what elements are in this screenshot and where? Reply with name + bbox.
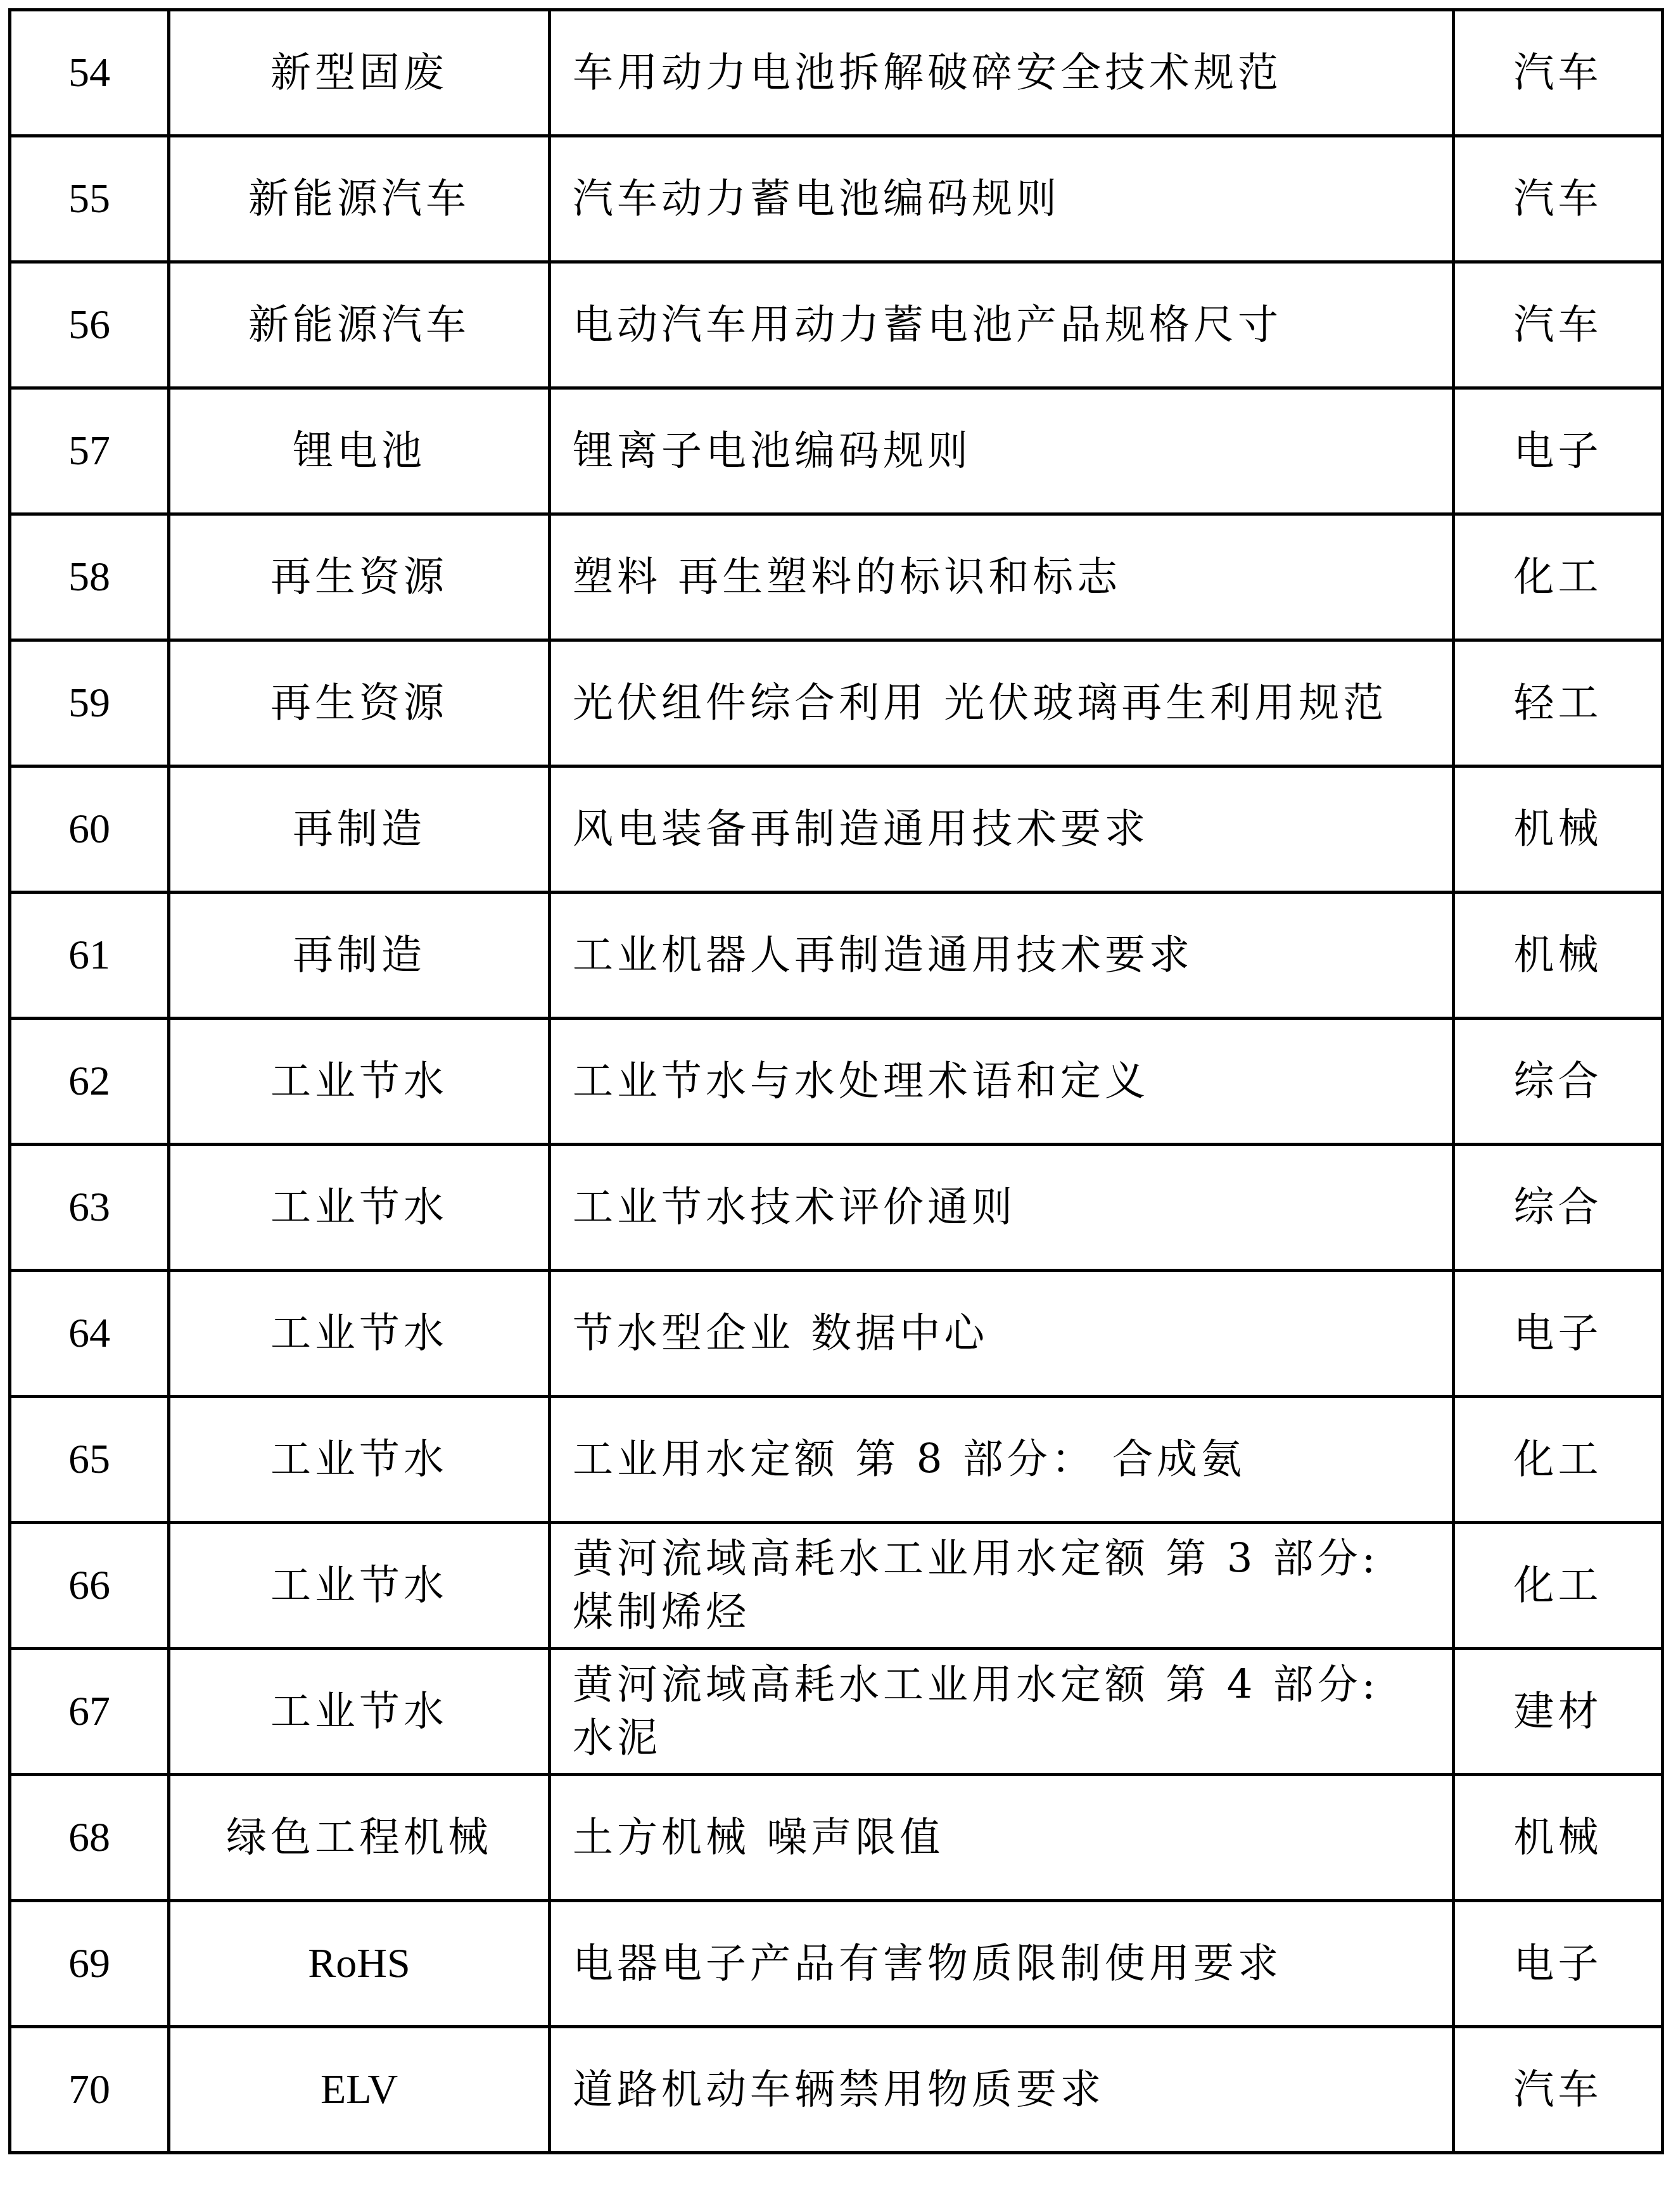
standards-table: 54 新型固废 车用动力电池拆解破碎安全技术规范 汽车 55 新能源汽车 汽车动… — [8, 8, 1664, 2154]
table-row: 60 再制造 风电装备再制造通用技术要求 机械 — [10, 766, 1663, 893]
table-row: 66 工业节水 黄河流域高耗水工业用水定额 第 3 部分: 煤制烯烃 化工 — [10, 1523, 1663, 1649]
row-industry: 轻工 — [1454, 640, 1663, 766]
standards-table-body: 54 新型固废 车用动力电池拆解破碎安全技术规范 汽车 55 新能源汽车 汽车动… — [10, 10, 1663, 2153]
row-number: 57 — [10, 388, 169, 514]
row-category: 工业节水 — [169, 1397, 550, 1523]
row-number: 65 — [10, 1397, 169, 1523]
row-category: 锂电池 — [169, 388, 550, 514]
row-industry: 电子 — [1454, 1901, 1663, 2027]
table-row: 62 工业节水 工业节水与水处理术语和定义 综合 — [10, 1019, 1663, 1145]
table-row: 64 工业节水 节水型企业 数据中心 电子 — [10, 1271, 1663, 1397]
row-standard-title: 塑料 再生塑料的标识和标志 — [550, 514, 1454, 640]
row-standard-title: 锂离子电池编码规则 — [550, 388, 1454, 514]
row-industry: 汽车 — [1454, 136, 1663, 262]
row-industry: 机械 — [1454, 893, 1663, 1019]
row-standard-title: 车用动力电池拆解破碎安全技术规范 — [550, 10, 1454, 136]
row-number: 70 — [10, 2027, 169, 2153]
row-standard-title: 土方机械 噪声限值 — [550, 1775, 1454, 1901]
table-row: 67 工业节水 黄河流域高耗水工业用水定额 第 4 部分: 水泥 建材 — [10, 1649, 1663, 1775]
row-industry: 电子 — [1454, 1271, 1663, 1397]
table-row: 69 RoHS 电器电子产品有害物质限制使用要求 电子 — [10, 1901, 1663, 2027]
row-category: 绿色工程机械 — [169, 1775, 550, 1901]
row-industry: 化工 — [1454, 514, 1663, 640]
row-standard-title: 道路机动车辆禁用物质要求 — [550, 2027, 1454, 2153]
row-number: 63 — [10, 1145, 169, 1271]
row-category: 新型固废 — [169, 10, 550, 136]
row-industry: 综合 — [1454, 1145, 1663, 1271]
row-number: 68 — [10, 1775, 169, 1901]
row-industry: 汽车 — [1454, 2027, 1663, 2153]
table-row: 65 工业节水 工业用水定额 第 8 部分： 合成氨 化工 — [10, 1397, 1663, 1523]
row-standard-title: 光伏组件综合利用 光伏玻璃再生利用规范 — [550, 640, 1454, 766]
row-industry: 综合 — [1454, 1019, 1663, 1145]
row-standard-title: 工业节水与水处理术语和定义 — [550, 1019, 1454, 1145]
table-row: 68 绿色工程机械 土方机械 噪声限值 机械 — [10, 1775, 1663, 1901]
row-category: 工业节水 — [169, 1271, 550, 1397]
row-standard-title: 黄河流域高耗水工业用水定额 第 3 部分: 煤制烯烃 — [550, 1523, 1454, 1649]
row-standard-title: 工业用水定额 第 8 部分： 合成氨 — [550, 1397, 1454, 1523]
row-category: 新能源汽车 — [169, 136, 550, 262]
table-row: 58 再生资源 塑料 再生塑料的标识和标志 化工 — [10, 514, 1663, 640]
row-number: 69 — [10, 1901, 169, 2027]
row-category: 再生资源 — [169, 514, 550, 640]
row-number: 54 — [10, 10, 169, 136]
row-standard-title: 电器电子产品有害物质限制使用要求 — [550, 1901, 1454, 2027]
row-standard-title: 工业机器人再制造通用技术要求 — [550, 893, 1454, 1019]
row-standard-title: 汽车动力蓄电池编码规则 — [550, 136, 1454, 262]
row-category: ELV — [169, 2027, 550, 2153]
table-row: 54 新型固废 车用动力电池拆解破碎安全技术规范 汽车 — [10, 10, 1663, 136]
row-industry: 机械 — [1454, 766, 1663, 893]
row-industry: 机械 — [1454, 1775, 1663, 1901]
row-industry: 汽车 — [1454, 262, 1663, 388]
table-row: 55 新能源汽车 汽车动力蓄电池编码规则 汽车 — [10, 136, 1663, 262]
table-row: 63 工业节水 工业节水技术评价通则 综合 — [10, 1145, 1663, 1271]
row-number: 67 — [10, 1649, 169, 1775]
table-row: 61 再制造 工业机器人再制造通用技术要求 机械 — [10, 893, 1663, 1019]
row-number: 56 — [10, 262, 169, 388]
table-row: 56 新能源汽车 电动汽车用动力蓄电池产品规格尺寸 汽车 — [10, 262, 1663, 388]
row-industry: 化工 — [1454, 1523, 1663, 1649]
row-number: 59 — [10, 640, 169, 766]
table-row: 59 再生资源 光伏组件综合利用 光伏玻璃再生利用规范 轻工 — [10, 640, 1663, 766]
row-number: 58 — [10, 514, 169, 640]
row-category: 再生资源 — [169, 640, 550, 766]
row-standard-title: 风电装备再制造通用技术要求 — [550, 766, 1454, 893]
row-standard-title: 节水型企业 数据中心 — [550, 1271, 1454, 1397]
row-category: 新能源汽车 — [169, 262, 550, 388]
row-number: 62 — [10, 1019, 169, 1145]
row-industry: 建材 — [1454, 1649, 1663, 1775]
row-standard-title: 电动汽车用动力蓄电池产品规格尺寸 — [550, 262, 1454, 388]
row-industry: 汽车 — [1454, 10, 1663, 136]
row-number: 61 — [10, 893, 169, 1019]
row-category: 再制造 — [169, 893, 550, 1019]
row-category: RoHS — [169, 1901, 550, 2027]
row-category: 再制造 — [169, 766, 550, 893]
row-number: 55 — [10, 136, 169, 262]
row-industry: 化工 — [1454, 1397, 1663, 1523]
row-number: 64 — [10, 1271, 169, 1397]
row-standard-title: 黄河流域高耗水工业用水定额 第 4 部分: 水泥 — [550, 1649, 1454, 1775]
row-category: 工业节水 — [169, 1019, 550, 1145]
table-row: 70 ELV 道路机动车辆禁用物质要求 汽车 — [10, 2027, 1663, 2153]
table-row: 57 锂电池 锂离子电池编码规则 电子 — [10, 388, 1663, 514]
row-number: 66 — [10, 1523, 169, 1649]
row-industry: 电子 — [1454, 388, 1663, 514]
row-category: 工业节水 — [169, 1523, 550, 1649]
row-category: 工业节水 — [169, 1145, 550, 1271]
row-standard-title: 工业节水技术评价通则 — [550, 1145, 1454, 1271]
row-category: 工业节水 — [169, 1649, 550, 1775]
row-number: 60 — [10, 766, 169, 893]
